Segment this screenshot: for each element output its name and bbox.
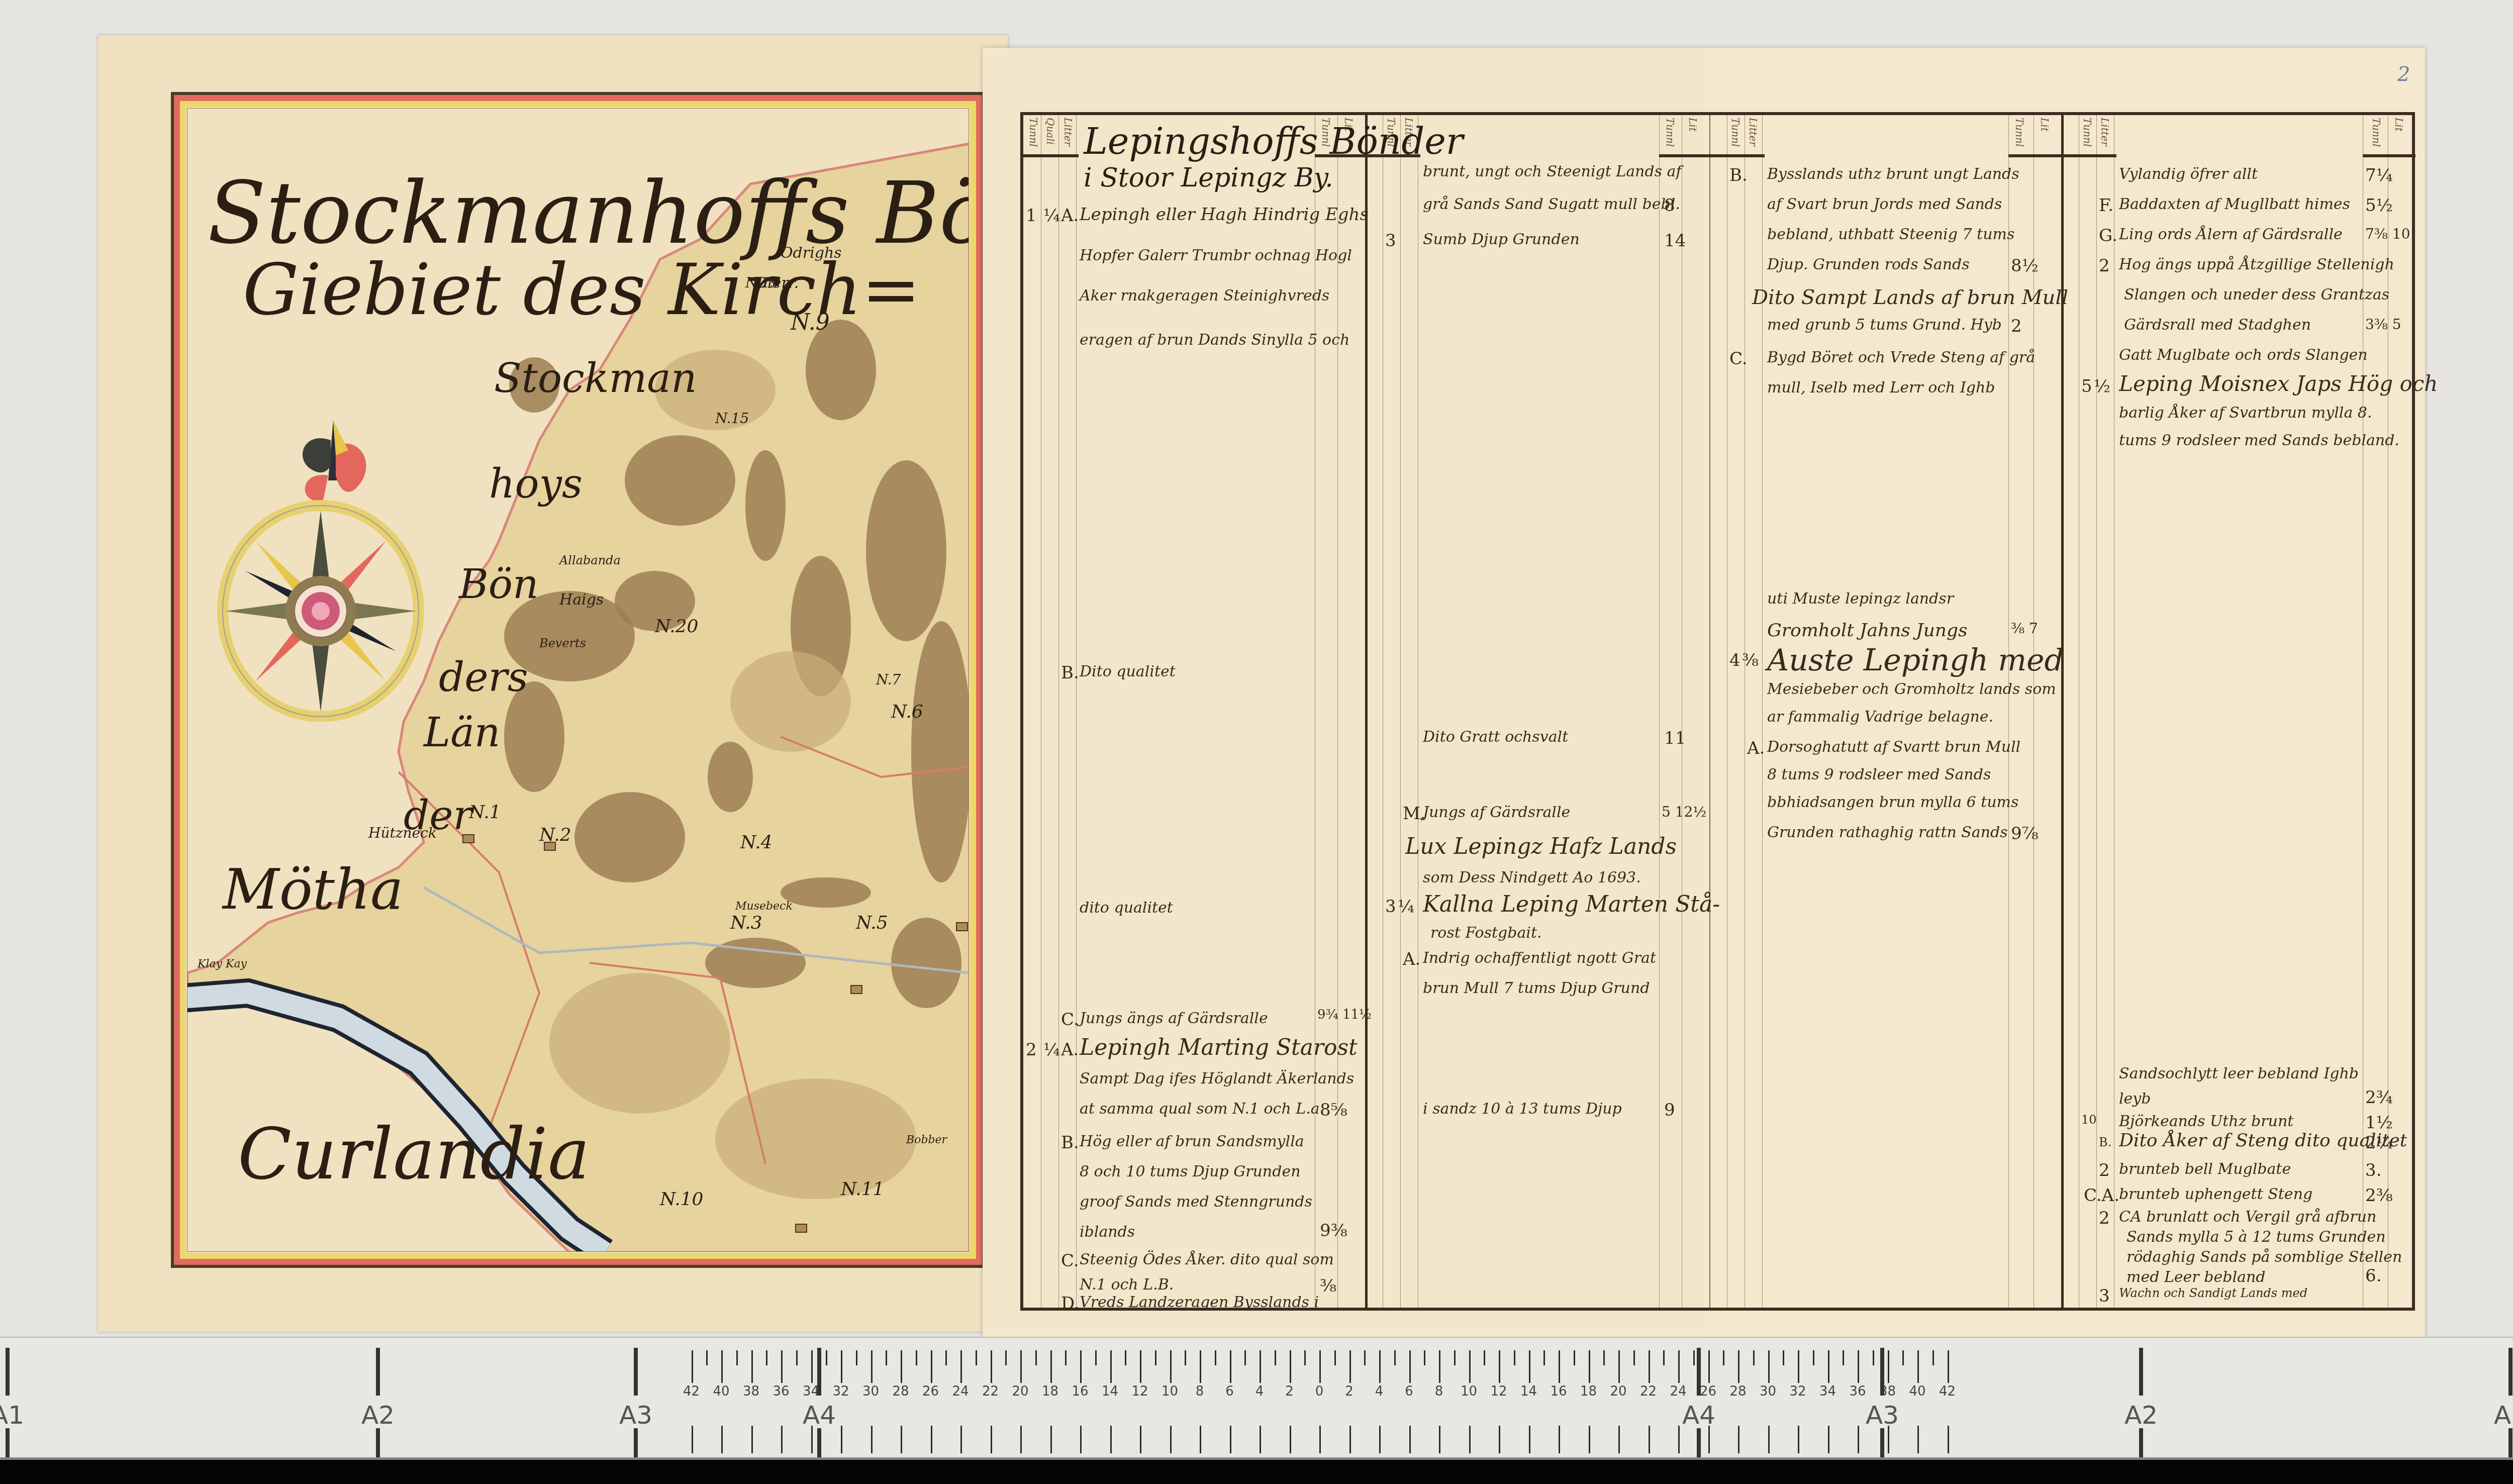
parcel-label: N.15	[715, 410, 749, 427]
ruler-major-tick	[960, 1350, 962, 1383]
ruler-minor-tick	[1334, 1350, 1336, 1365]
entry-value: 2¼	[2365, 1133, 2393, 1153]
entry-text: Lepingh Marting Starost	[1080, 1035, 1358, 1060]
ruler-tick-label: 20	[1610, 1384, 1626, 1399]
entry-value: 7¼	[2365, 165, 2393, 185]
ruler-minor-tick	[1215, 1350, 1216, 1365]
ruler-major-tick	[1439, 1426, 1440, 1453]
entry-text: som Dess Nindgett Ao 1693.	[1423, 869, 1641, 886]
entry-text: med grunb 5 tums Grund. Hyb	[1767, 316, 2002, 334]
entry-text: CA brunlatt och Vergil grå afbrun	[2119, 1208, 2376, 1226]
ruler-minor-tick	[1663, 1350, 1665, 1365]
ruler-tick-label: 38	[743, 1384, 759, 1399]
ruler-major-tick	[1080, 1426, 1082, 1453]
ruler-minor-tick	[1275, 1350, 1276, 1365]
ruler-minor-tick	[1364, 1350, 1366, 1365]
paper-size-label: A1	[2494, 1401, 2513, 1430]
ruler-major-tick	[1349, 1350, 1351, 1383]
entry-fraction: ½	[2094, 376, 2110, 397]
ruler-tick-label: 4	[1375, 1384, 1384, 1399]
ruler-tick-label: 2	[1345, 1384, 1354, 1399]
entry-value: 9¾ 11½	[1317, 1007, 1372, 1022]
entry-text: Hopfer Galerr Trumbr ochnag Hogl	[1080, 247, 1352, 264]
ruler-major-tick	[1768, 1350, 1770, 1383]
side-label-stockman: Stockman	[494, 355, 697, 402]
entry-letter: D.	[1061, 1294, 1080, 1314]
entry-text: bbhiadsangen brun mylla 6 tums	[1767, 794, 2018, 811]
ruler-major-tick	[1020, 1426, 1022, 1453]
ruler-tick-label: 10	[1461, 1384, 1477, 1399]
entry-letter: 2	[2099, 256, 2110, 276]
entry-text: i sandz 10 à 13 tums Djup	[1423, 1100, 1622, 1118]
parcel-label: N.6	[891, 702, 923, 722]
ruler-minor-tick	[736, 1350, 738, 1365]
column-header: Litter	[1747, 118, 1759, 146]
ruler-major-tick	[871, 1350, 873, 1383]
ruler-major-tick	[991, 1350, 992, 1383]
ruler-minor-tick	[1932, 1350, 1934, 1365]
ruler-major-tick	[1618, 1426, 1620, 1453]
entry-value: 8	[1664, 195, 1675, 216]
ledger-title-line2: i Stoor Lepingz By.	[1084, 163, 1333, 193]
paper-size-marker	[817, 1348, 821, 1396]
entry-text: Björkeands Uthz brunt	[2119, 1113, 2293, 1130]
entry-text: Jungs af Gärdsralle	[1423, 804, 1570, 821]
place-label: Musebeck	[735, 900, 793, 913]
ruler-major-tick	[1917, 1426, 1919, 1453]
ruler-major-tick	[1469, 1426, 1471, 1453]
paper-size-marker	[1880, 1348, 1884, 1396]
side-label-bon: Bön	[459, 561, 538, 608]
entry-text: rödaghig Sands på somblige Stellen	[2127, 1248, 2402, 1266]
paper-size-label: A4	[1682, 1401, 1715, 1430]
ruler-major-tick	[1649, 1350, 1650, 1383]
measurement-ruler: 4240383634323028262422201816141210864202…	[0, 1337, 2513, 1461]
entry-text: Sampt Dag ifes Höglandt Äkerlands	[1080, 1070, 1354, 1087]
column-header: Lit	[1687, 118, 1699, 132]
entry-text: Auste Lepingh med	[1767, 643, 2064, 678]
place-label: Allabanda	[559, 553, 621, 567]
column-header: Lit	[2393, 118, 2405, 132]
entry-value: 5½	[2365, 195, 2393, 216]
ruler-tick-label: 22	[982, 1384, 999, 1399]
entry-letter: A.	[1061, 1040, 1079, 1060]
entry-text: Jungs ängs af Gärdsralle	[1080, 1010, 1268, 1027]
ruler-major-tick	[931, 1426, 932, 1453]
ruler-minor-tick	[1514, 1350, 1515, 1365]
entry-text: Leping Moisnex Japs Hög och	[2119, 371, 2438, 396]
ruler-minor-tick	[1574, 1350, 1575, 1365]
column-header: Tunnl	[2081, 118, 2093, 147]
entry-value: 2¾	[2365, 1087, 2393, 1108]
entry-text: brun Mull 7 tums Djup Grund	[1423, 979, 1650, 997]
entry-text: Vreds Landzeragen Bysslands i	[1080, 1294, 1319, 1311]
parcel-label: N.3	[730, 913, 762, 933]
ruler-major-tick	[1649, 1426, 1650, 1453]
ruler-major-tick	[1559, 1350, 1560, 1383]
entry-value: 9	[1664, 1100, 1675, 1120]
entry-value: 11	[1664, 728, 1686, 748]
ruler-minor-tick	[1304, 1350, 1306, 1365]
entry-value: 8½	[2011, 256, 2039, 276]
parcel-label: N.2	[539, 825, 571, 845]
ruler-major-tick	[751, 1350, 753, 1383]
ruler-major-tick	[1200, 1426, 1201, 1453]
paper-size-marker	[6, 1428, 10, 1458]
entry-text: Kallna Leping Marten Stå-	[1423, 892, 1720, 917]
paper-size-marker	[376, 1348, 380, 1396]
ruler-tick-label: 26	[922, 1384, 939, 1399]
entry-text: 8 och 10 tums Djup Grunden	[1080, 1163, 1300, 1180]
ruler-minor-tick	[796, 1350, 798, 1365]
entry-value: 14	[1664, 231, 1686, 251]
entry-text: Lepingh eller Hagh Hindrig Eghs	[1080, 205, 1369, 225]
place-label: Beverts	[539, 636, 586, 650]
entry-letter: C.	[1729, 349, 1748, 369]
paper-size-marker	[6, 1348, 10, 1396]
ruler-major-tick	[1589, 1426, 1590, 1453]
entry-text: Bysslands uthz brunt ungt Lands	[1767, 165, 2019, 183]
entry-letter: 3	[2099, 1286, 2110, 1306]
entry-value: 6.	[2365, 1266, 2381, 1286]
entry-text: Slangen och uneder dess Grantzas	[2124, 286, 2389, 304]
parcel-label: N.9	[791, 310, 830, 335]
ruler-major-tick	[1618, 1350, 1620, 1383]
entry-text: Djup. Grunden rods Sands	[1767, 256, 1970, 273]
entry-value: 1½	[2365, 1113, 2393, 1133]
entry-letter: C.	[1061, 1251, 1079, 1271]
ruler-major-tick	[1230, 1350, 1231, 1383]
entry-text: Lux Lepingz Hafz Lands	[1405, 834, 1677, 859]
ruler-tick-label: 6	[1225, 1384, 1234, 1399]
ruler-tick-label: 6	[1405, 1384, 1413, 1399]
place-label: Klay Kay	[198, 958, 247, 970]
ruler-major-tick	[1349, 1426, 1351, 1453]
ruler-minor-tick	[1484, 1350, 1485, 1365]
ruler-minor-tick	[976, 1350, 977, 1365]
ruler-minor-tick	[1603, 1350, 1605, 1365]
entry-text: Ling ords Ålern af Gärdsralle	[2119, 226, 2343, 243]
ruler-major-tick	[1110, 1350, 1112, 1383]
ruler-major-tick	[901, 1426, 902, 1453]
ruler-minor-tick	[1723, 1350, 1724, 1365]
ruler-tick-label: 32	[1789, 1384, 1806, 1399]
entry-letter: B.	[2099, 1135, 2111, 1149]
entry-text: Grunden rathaghig rattn Sands	[1767, 824, 2008, 841]
ruler-major-tick	[1110, 1426, 1112, 1453]
entry-text: Hog ängs uppå Åtzgillige Stellenigh	[2119, 256, 2394, 273]
ruler-major-tick	[1499, 1426, 1500, 1453]
column-header: Tunnl	[2013, 118, 2025, 147]
entry-value: 8⅝	[1320, 1100, 1347, 1120]
column-header: Quali	[1044, 118, 1056, 145]
paper-size-marker	[2139, 1348, 2143, 1396]
entry-letter: C.A.	[2084, 1185, 2119, 1206]
place-label: Hützneck	[368, 825, 437, 841]
ruler-major-tick	[1708, 1426, 1710, 1453]
entry-number: 10	[2081, 1113, 2097, 1127]
ruler-major-tick	[1379, 1350, 1381, 1383]
entry-text: eragen af brun Dands Sinylla 5 och	[1080, 331, 1349, 349]
ruler-tick-label: 30	[862, 1384, 879, 1399]
ruler-major-tick	[781, 1350, 783, 1383]
paper-size-marker	[376, 1428, 380, 1458]
entry-text: Dito Sampt Lands af brun Mull	[1752, 286, 2068, 309]
entry-text: Bygd Böret och Vrede Steng af grå	[1767, 349, 2035, 366]
entry-text: af Svart brun Jords med Sands	[1767, 195, 2002, 213]
ruler-major-tick	[1738, 1350, 1739, 1383]
ruler-major-tick	[1948, 1426, 1949, 1453]
paper-size-label: A2	[2124, 1401, 2158, 1430]
column-header: Litter	[2099, 118, 2111, 146]
ruler-major-tick	[1917, 1350, 1919, 1383]
ruler-minor-tick	[1843, 1350, 1844, 1365]
fleur-de-lis-icon	[303, 420, 366, 501]
entry-letter: A.	[1747, 738, 1765, 758]
paper-size-marker	[2508, 1348, 2512, 1396]
parcel-label: N.5	[856, 913, 888, 933]
ruler-major-tick	[781, 1426, 783, 1453]
ruler-tick-label: 18	[1042, 1384, 1058, 1399]
paper-size-label: A3	[1866, 1401, 1899, 1430]
paper-size-marker	[1697, 1348, 1701, 1396]
ruler-minor-tick	[826, 1350, 827, 1365]
ruler-tick-label: 8	[1196, 1384, 1204, 1399]
ruler-major-tick	[1290, 1350, 1291, 1383]
ruler-tick-label: 10	[1162, 1384, 1178, 1399]
entry-value: 7⅜ 10	[2365, 226, 2410, 242]
parcel-label: N.11	[841, 1179, 884, 1200]
entry-number: 3	[1385, 231, 1396, 251]
entry-value: 3⅜ 5	[2365, 316, 2401, 333]
entry-text: Dito Gratt ochsvalt	[1423, 728, 1568, 746]
entry-text: Wachn och Sandigt Lands med	[2119, 1286, 2307, 1300]
ruler-major-tick	[1260, 1350, 1261, 1383]
ruler-minor-tick	[886, 1350, 887, 1365]
ruler-minor-tick	[1543, 1350, 1545, 1365]
ruler-minor-tick	[1155, 1350, 1156, 1365]
ruler-major-tick	[1469, 1350, 1471, 1383]
ruler-major-tick	[841, 1350, 842, 1383]
column-header: Tunnl	[1664, 118, 1676, 147]
ruler-minor-tick	[1424, 1350, 1425, 1365]
ruler-major-tick	[751, 1426, 753, 1453]
ruler-minor-tick	[706, 1350, 708, 1365]
entry-letter: 2	[2099, 1208, 2110, 1228]
ruler-tick-label: 20	[1012, 1384, 1028, 1399]
entry-letter: A.	[1061, 206, 1079, 226]
entry-text: Gärdsrall med Stadghen	[2124, 316, 2311, 334]
ruler-major-tick	[1798, 1350, 1799, 1383]
ruler-major-tick	[721, 1350, 723, 1383]
ruler-tick-label: 2	[1285, 1384, 1294, 1399]
ruler-minor-tick	[1125, 1350, 1126, 1365]
entry-text: mull, Iselb med Lerr och Ighb	[1767, 379, 1995, 397]
ruler-minor-tick	[1633, 1350, 1635, 1365]
entry-value: 9⅜	[1320, 1221, 1347, 1241]
ruler-major-tick	[1678, 1350, 1680, 1383]
ruler-major-tick	[1020, 1350, 1022, 1383]
place-label: Odrighs	[781, 244, 842, 262]
entry-text: Gromholt Jahns Jungs	[1767, 620, 1968, 641]
ruler-tick-label: 22	[1640, 1384, 1657, 1399]
ruler-major-tick	[871, 1426, 873, 1453]
ruler-tick-label: 42	[683, 1384, 700, 1399]
entry-text: grå Sands Sand Sugatt mull bebl.	[1423, 195, 1680, 213]
ruler-tick-label: 14	[1102, 1384, 1118, 1399]
column-header: Tunnl	[1027, 118, 1039, 147]
entry-text: Gatt Muglbate och ords Slangen	[2119, 346, 2368, 364]
ruler-major-tick	[1140, 1426, 1141, 1453]
ruler-minor-tick	[1185, 1350, 1186, 1365]
entry-text: med Leer bebland	[2127, 1268, 2265, 1286]
ruler-minor-tick	[1783, 1350, 1784, 1365]
ruler-major-tick	[1888, 1426, 1889, 1453]
entry-text: Dito qualitet	[1080, 663, 1176, 680]
ruler-tick-label: 24	[1670, 1384, 1686, 1399]
scanner-bed-edge	[0, 1460, 2513, 1484]
entry-value: ⅜ 7	[2011, 620, 2038, 637]
ruler-major-tick	[1828, 1350, 1829, 1383]
column-header: Tunnl	[1729, 118, 1742, 147]
entry-text: groof Sands med Stenngrunds	[1080, 1193, 1312, 1211]
entry-text: Hög eller af brun Sandsmylla	[1080, 1133, 1304, 1150]
parcel-label: N.7	[876, 671, 901, 688]
ruler-major-tick	[811, 1350, 813, 1383]
ruler-major-tick	[1499, 1350, 1500, 1383]
ruler-major-tick	[692, 1350, 693, 1383]
ruler-major-tick	[991, 1426, 992, 1453]
ruler-major-tick	[1230, 1426, 1231, 1453]
entry-text: Sumb Djup Grunden	[1423, 231, 1580, 248]
ruler-major-tick	[1260, 1426, 1261, 1453]
ruler-minor-tick	[945, 1350, 947, 1365]
entry-number: 3	[1385, 897, 1396, 917]
entry-text: Sandsochlytt leer bebland Ighb	[2119, 1065, 2359, 1082]
ruler-minor-tick	[916, 1350, 917, 1365]
parcel-label: N.20	[655, 616, 698, 637]
ruler-tick-label: 28	[892, 1384, 909, 1399]
ruler-tick-label: 42	[1939, 1384, 1956, 1399]
entry-letter: B.	[1061, 1133, 1079, 1153]
ruler-major-tick	[1708, 1350, 1710, 1383]
column-header: Tunnl	[2370, 118, 2382, 147]
paper-size-marker	[1697, 1428, 1701, 1458]
entry-text: brunteb bell Muglbate	[2119, 1160, 2291, 1178]
paper-size-marker	[817, 1428, 821, 1458]
parcel-label: N.19	[745, 274, 779, 291]
ruler-major-tick	[692, 1426, 693, 1453]
entry-text: Mesiebeber och Gromholtz lands som	[1767, 680, 2056, 698]
entry-letter: A.	[1403, 949, 1420, 969]
paper-size-label: A2	[361, 1401, 395, 1430]
entry-text: Dito Åker af Steng dito qualitet	[2119, 1130, 2407, 1151]
ruler-minor-tick	[1693, 1350, 1695, 1365]
ruler-major-tick	[1439, 1350, 1440, 1383]
ruler-major-tick	[1170, 1350, 1172, 1383]
paper-size-label: A4	[803, 1401, 836, 1430]
ruler-major-tick	[1050, 1350, 1052, 1383]
ruler-major-tick	[1200, 1350, 1201, 1383]
column-header: Litter	[1062, 118, 1074, 146]
ruler-tick-label: 16	[1072, 1384, 1088, 1399]
map-title-line1: Stockmanhoffs Bönder	[208, 164, 969, 263]
entry-value: 5 12½	[1662, 804, 1706, 820]
ruler-major-tick	[721, 1426, 723, 1453]
entry-fraction: ⅜	[1742, 650, 1759, 670]
ruler-tick-label: 28	[1729, 1384, 1746, 1399]
ruler-minor-tick	[1873, 1350, 1874, 1365]
ruler-minor-tick	[1244, 1350, 1246, 1365]
entry-text: Vylandig öfrer allt	[2119, 165, 2258, 183]
ruler-minor-tick	[1394, 1350, 1396, 1365]
entry-text: leyb	[2119, 1090, 2151, 1108]
ledger-title-line1: Lepingshoffs Bönder	[1084, 120, 1463, 162]
ruler-major-tick	[1379, 1426, 1381, 1453]
entry-text: bebland, uthbatt Steenig 7 tums	[1767, 226, 2014, 243]
ruler-tick-label: 18	[1580, 1384, 1597, 1399]
column-header: Lit	[2039, 118, 2051, 132]
entry-fraction: ¼	[1398, 897, 1414, 917]
entry-text: tums 9 rodsleer med Sands bebland.	[2119, 432, 2399, 449]
entry-value: ⅜	[1320, 1276, 1336, 1296]
ruler-minor-tick	[1753, 1350, 1755, 1365]
ruler-tick-label: 26	[1700, 1384, 1716, 1399]
entry-fraction: ¼	[1043, 1040, 1060, 1060]
ruler-major-tick	[931, 1350, 932, 1383]
entry-letter: M.	[1403, 804, 1426, 824]
entry-letter: C.	[1061, 1010, 1079, 1030]
ruler-minor-tick	[856, 1350, 857, 1365]
place-label: Haigs	[559, 591, 604, 609]
entry-text: Aker rnakgeragen Steinighvreds	[1080, 287, 1329, 305]
entry-text: rost Fostgbait.	[1430, 924, 1542, 942]
ruler-major-tick	[1738, 1426, 1739, 1453]
ruler-major-tick	[1529, 1350, 1530, 1383]
entry-text: brunt, ungt och Steenigt Lands af	[1423, 163, 1682, 180]
ruler-major-tick	[1798, 1426, 1799, 1453]
entry-text: brunteb uphengett Steng	[2119, 1185, 2312, 1203]
entry-text: ar fammalig Vadrige belagne.	[1767, 708, 1993, 726]
entry-letter: F.	[2099, 195, 2113, 216]
ruler-major-tick	[960, 1426, 962, 1453]
ruler-major-tick	[1170, 1426, 1172, 1453]
page-number: 2	[2397, 63, 2410, 86]
ruler-major-tick	[1140, 1350, 1141, 1383]
entry-value: 2	[2011, 316, 2022, 336]
entry-text: N.1 och L.B.	[1080, 1276, 1174, 1294]
ruler-major-tick	[1319, 1426, 1321, 1453]
ruler-major-tick	[1768, 1426, 1770, 1453]
ruler-tick-label: 12	[1131, 1384, 1148, 1399]
paper-size-marker	[634, 1428, 638, 1458]
ruler-major-tick	[1828, 1426, 1829, 1453]
river-label: Mötha	[223, 857, 404, 922]
ruler-tick-label: 8	[1435, 1384, 1443, 1399]
ruler-minor-tick	[1454, 1350, 1456, 1365]
ruler-major-tick	[1948, 1350, 1949, 1383]
ruler-major-tick	[1409, 1426, 1411, 1453]
ruler-major-tick	[1319, 1350, 1321, 1383]
ruler-major-tick	[1678, 1426, 1680, 1453]
side-label-hoys: hoys	[489, 460, 583, 507]
entry-value: 2⅜	[2365, 1185, 2393, 1206]
entry-number: 4	[1729, 650, 1741, 670]
ruler-major-tick	[1290, 1426, 1291, 1453]
ruler-tick-label: 4	[1255, 1384, 1264, 1399]
paper-size-marker	[2139, 1428, 2143, 1458]
ruler-tick-label: 36	[772, 1384, 789, 1399]
